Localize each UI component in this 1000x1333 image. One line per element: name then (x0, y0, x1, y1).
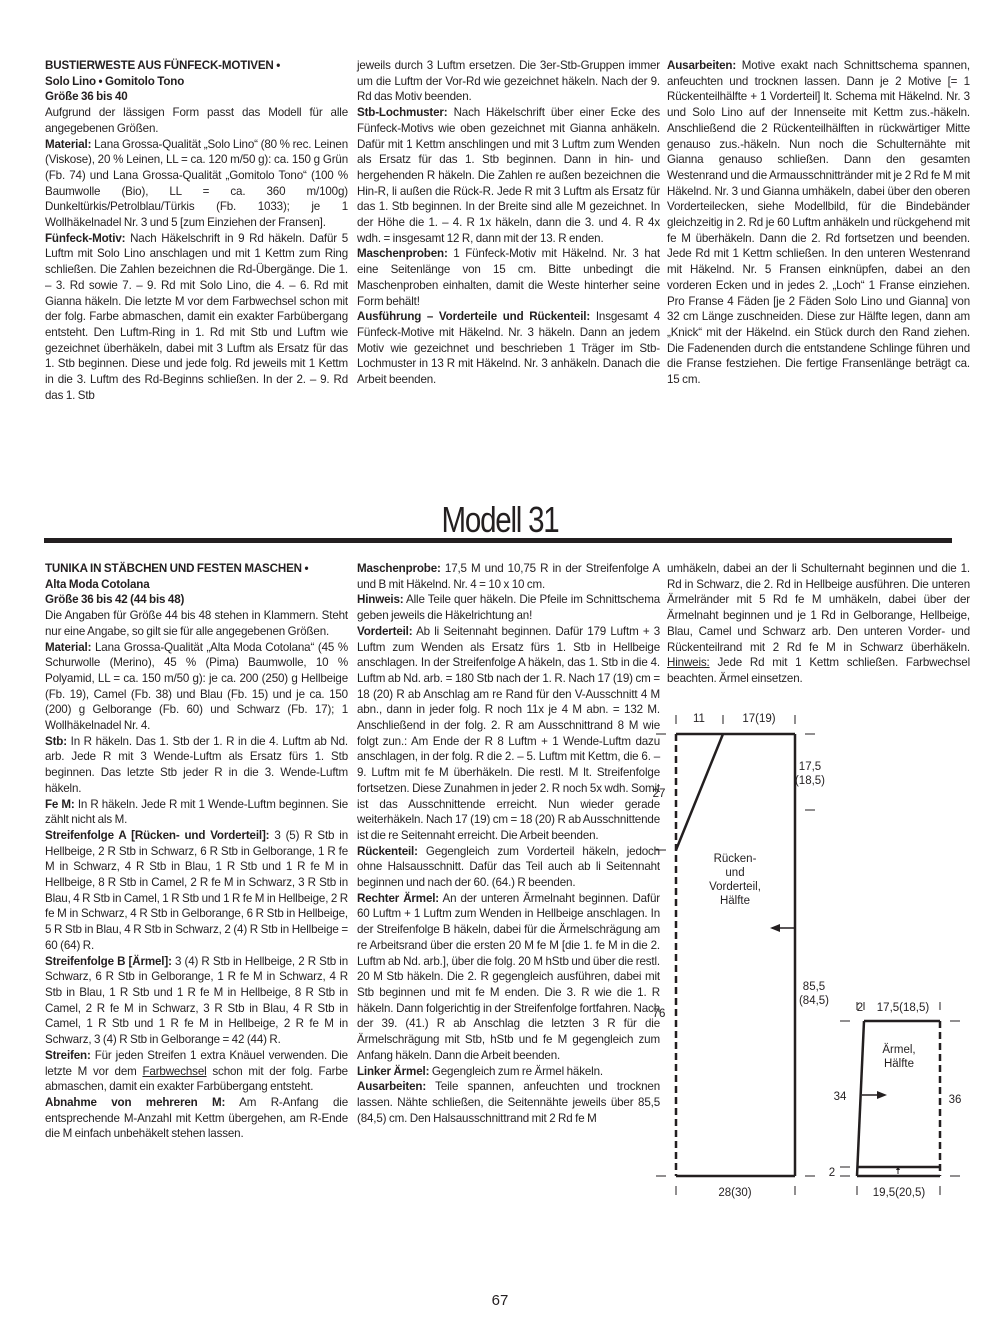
rueckenteil-label: Rückenteil: (357, 845, 418, 858)
material-text: Lana Grossa-Qualität „Solo Lino“ (80 % r… (45, 138, 348, 230)
page-number: 67 (0, 1292, 1000, 1309)
column-bottom-2: Maschenprobe: 17,5 M und 10,75 R in der … (357, 561, 660, 1126)
vorderteil-paragraph: Vorderteil: Ab li Seitennaht beginnen. D… (357, 624, 660, 844)
rueckenteil-paragraph: Rückenteil: Gegengleich zum Vorderteil h… (357, 844, 660, 891)
maschenprobe-paragraph: Maschenprobe: 17,5 M und 10,75 R in der … (357, 561, 660, 592)
continued-paragraph: umhäkeln, dabei an der li Schulternaht b… (667, 561, 970, 687)
fem-text: In R häkeln. Jede R mit 1 Wende-Luftm be… (45, 798, 348, 827)
maschenprobe-label: Maschenprobe: (357, 562, 441, 575)
pattern-intro: Aufgrund der lässigen Form passt das Mod… (45, 105, 348, 136)
dim-right-lower-1: 85,5 (803, 981, 825, 993)
abnahme-label: Abnahme von mehreren M: (45, 1096, 225, 1109)
rechter-aermel-paragraph: Rechter Ärmel: An der unteren Ärmelnaht … (357, 891, 660, 1064)
pattern-title: BUSTIERWESTE AUS FÜNFECK-MOTIVEN • (45, 58, 348, 74)
material-paragraph: Material: Lana Grossa-Qualität „Solo Lin… (45, 137, 348, 231)
column-bottom-3: umhäkeln, dabei an der li Schulternaht b… (667, 561, 970, 687)
body-label-4: Hälfte (720, 895, 750, 907)
streifenfolge-a-label: Streifenfolge A [Rücken- und Vorderteil]… (45, 829, 269, 842)
rechter-aermel-text: An der unteren Ärmelnaht beginnen. Dafür… (357, 892, 660, 1062)
streifenfolge-a-text: 3 (5) R Stb in Hellbeige, 2 R Stb in Sch… (45, 829, 348, 952)
sleeve-dim-slant: 2 (857, 1002, 863, 1014)
ausarbeiten-label: Ausarbeiten: (357, 1080, 426, 1093)
pattern-intro: Die Angaben für Größe 44 bis 48 stehen i… (45, 608, 348, 639)
continued-text: jeweils durch 3 Luftm ersetzen. Die 3er-… (357, 58, 660, 105)
pattern-yarns: Solo Lino • Gomitolo Tono (45, 74, 348, 90)
streifen-label: Streifen: (45, 1049, 91, 1062)
abnahme-paragraph: Abnahme von mehreren M: Am R-Anfang die … (45, 1095, 348, 1142)
sleeve-label-2: Hälfte (884, 1058, 914, 1070)
sleeve-dim-left: 34 (834, 1091, 847, 1103)
motiv-paragraph: Fünfeck-Motiv: Nach Häkelschrift in 9 Rd… (45, 231, 348, 404)
body-label-3: Vorderteil, (709, 881, 761, 893)
dim-top-right: 17(19) (742, 713, 775, 725)
streifenfolge-b-label: Streifenfolge B [Ärmel]: (45, 955, 172, 968)
pattern-title: TUNIKA IN STÄBCHEN UND FESTEN MASCHEN • (45, 561, 348, 577)
vorderteil-text: Ab li Seitennaht beginnen. Dafür 179 Luf… (357, 625, 660, 842)
sleeve-dim-bottom: 19,5(20,5) (873, 1187, 926, 1199)
dim-left-upper: 27 (653, 788, 666, 800)
column-top-2: jeweils durch 3 Luftm ersetzen. Die 3er-… (357, 58, 660, 388)
body-label-1: Rücken- (714, 853, 757, 865)
arrow-right-icon (877, 1091, 887, 1099)
streifenfolge-b-text: 3 (4) R Stb in Hellbeige, 2 R Stb in Sch… (45, 955, 348, 1047)
maschenproben-paragraph: Maschenproben: 1 Fünfeck-Motiv mit Häkel… (357, 246, 660, 309)
column-top-1: BUSTIERWESTE AUS FÜNFECK-MOTIVEN • Solo … (45, 58, 348, 403)
pattern-size: Größe 36 bis 42 (44 bis 48) (45, 592, 348, 608)
heading-rule (44, 538, 952, 543)
dim-right-lower-2: (84,5) (799, 995, 829, 1007)
ausfuehrung-label: Ausführung – Vorderteile und Rückenteil: (357, 310, 590, 323)
sleeve-dim-cuff: 2 (829, 1167, 835, 1179)
pattern-schematic: 11 17(19) 27 76 17,5 (18,5) 85,5 (84,5) … (640, 700, 980, 1220)
fem-paragraph: Fe M: In R häkeln. Jede R mit 1 Wende-Lu… (45, 797, 348, 828)
lochmuster-paragraph: Stb-Lochmuster: Nach Häkelschrift über e… (357, 105, 660, 246)
hinweis-text: Alle Teile quer häkeln. Die Pfeile im Sc… (357, 593, 660, 622)
vorderteil-label: Vorderteil: (357, 625, 412, 638)
stb-label: Stb: (45, 735, 67, 748)
ausfuehrung-paragraph: Ausführung – Vorderteile und Rückenteil:… (357, 309, 660, 388)
ausarbeiten-paragraph: Ausarbeiten: Teile spannen, anfeuchten u… (357, 1079, 660, 1126)
hinweis-text: Jede Rd mit 1 Kettm schließen. Farbwechs… (667, 656, 970, 685)
motiv-label: Fünfeck-Motiv: (45, 232, 125, 245)
ausarbeiten-label: Ausarbeiten: (667, 59, 736, 72)
ausarbeiten-text: Motive exakt nach Schnittschema spannen,… (667, 59, 970, 386)
streifen-paragraph: Streifen: Für jeden Streifen 1 extra Knä… (45, 1048, 348, 1095)
hinweis-label: Hinweis: (667, 656, 710, 669)
column-top-3: Ausarbeiten: Motive exakt nach Schnittsc… (667, 58, 970, 388)
pattern-yarn: Alta Moda Cotolana (45, 577, 348, 593)
streifenfolge-b-paragraph: Streifenfolge B [Ärmel]: 3 (4) R Stb in … (45, 954, 348, 1048)
maschenproben-label: Maschenproben: (357, 247, 448, 260)
arrow-left-icon (770, 924, 780, 932)
stb-paragraph: Stb: In R häkeln. Das 1. Stb der 1. R in… (45, 734, 348, 797)
lochmuster-text: Nach Häkelschrift über einer Ecke des Fü… (357, 106, 660, 245)
linker-aermel-label: Linker Ärmel: (357, 1065, 429, 1078)
linker-aermel-text: Gegengleich zum re Ärmel häkeln. (432, 1065, 603, 1078)
hinweis-paragraph: Hinweis: Alle Teile quer häkeln. Die Pfe… (357, 592, 660, 623)
column-bottom-1: TUNIKA IN STÄBCHEN UND FESTEN MASCHEN • … (45, 561, 348, 1142)
sleeve-label-1: Ärmel, (882, 1044, 915, 1056)
lochmuster-label: Stb-Lochmuster: (357, 106, 448, 119)
material-label: Material: (45, 641, 91, 654)
linker-aermel-paragraph: Linker Ärmel: Gegengleich zum re Ärmel h… (357, 1064, 660, 1080)
dim-top-left: 11 (693, 713, 705, 725)
material-label: Material: (45, 138, 91, 151)
dim-left-lower: 76 (653, 1008, 666, 1020)
dim-right-upper-1: 17,5 (799, 761, 821, 773)
dim-bottom: 28(30) (718, 1187, 751, 1199)
sleeve-dim-right: 36 (949, 1094, 962, 1106)
farbwechsel-underlined: Farbwechsel (142, 1065, 206, 1078)
continued-text: umhäkeln, dabei an der li Schulternaht b… (667, 562, 970, 654)
streifenfolge-a-paragraph: Streifenfolge A [Rücken- und Vorderteil]… (45, 828, 348, 954)
model-heading: Modell 31 (90, 499, 910, 541)
fem-label: Fe M: (45, 798, 75, 811)
hinweis-label: Hinweis: (357, 593, 403, 606)
stb-text: In R häkeln. Das 1. Stb der 1. R in die … (45, 735, 348, 795)
pattern-size: Größe 36 bis 40 (45, 89, 348, 105)
motiv-text: Nach Häkelschrift in 9 Rd häkeln. Dafür … (45, 232, 348, 402)
rechter-aermel-label: Rechter Ärmel: (357, 892, 439, 905)
ausarbeiten-paragraph: Ausarbeiten: Motive exakt nach Schnittsc… (667, 58, 970, 388)
material-paragraph: Material: Lana Grossa-Qualität „Alta Mod… (45, 640, 348, 734)
dim-right-upper-2: (18,5) (795, 775, 825, 787)
material-text: Lana Grossa-Qualität „Alta Moda Cotolana… (45, 641, 348, 733)
sleeve-dim-top: 17,5(18,5) (877, 1002, 930, 1014)
body-label-2: und (725, 867, 744, 879)
